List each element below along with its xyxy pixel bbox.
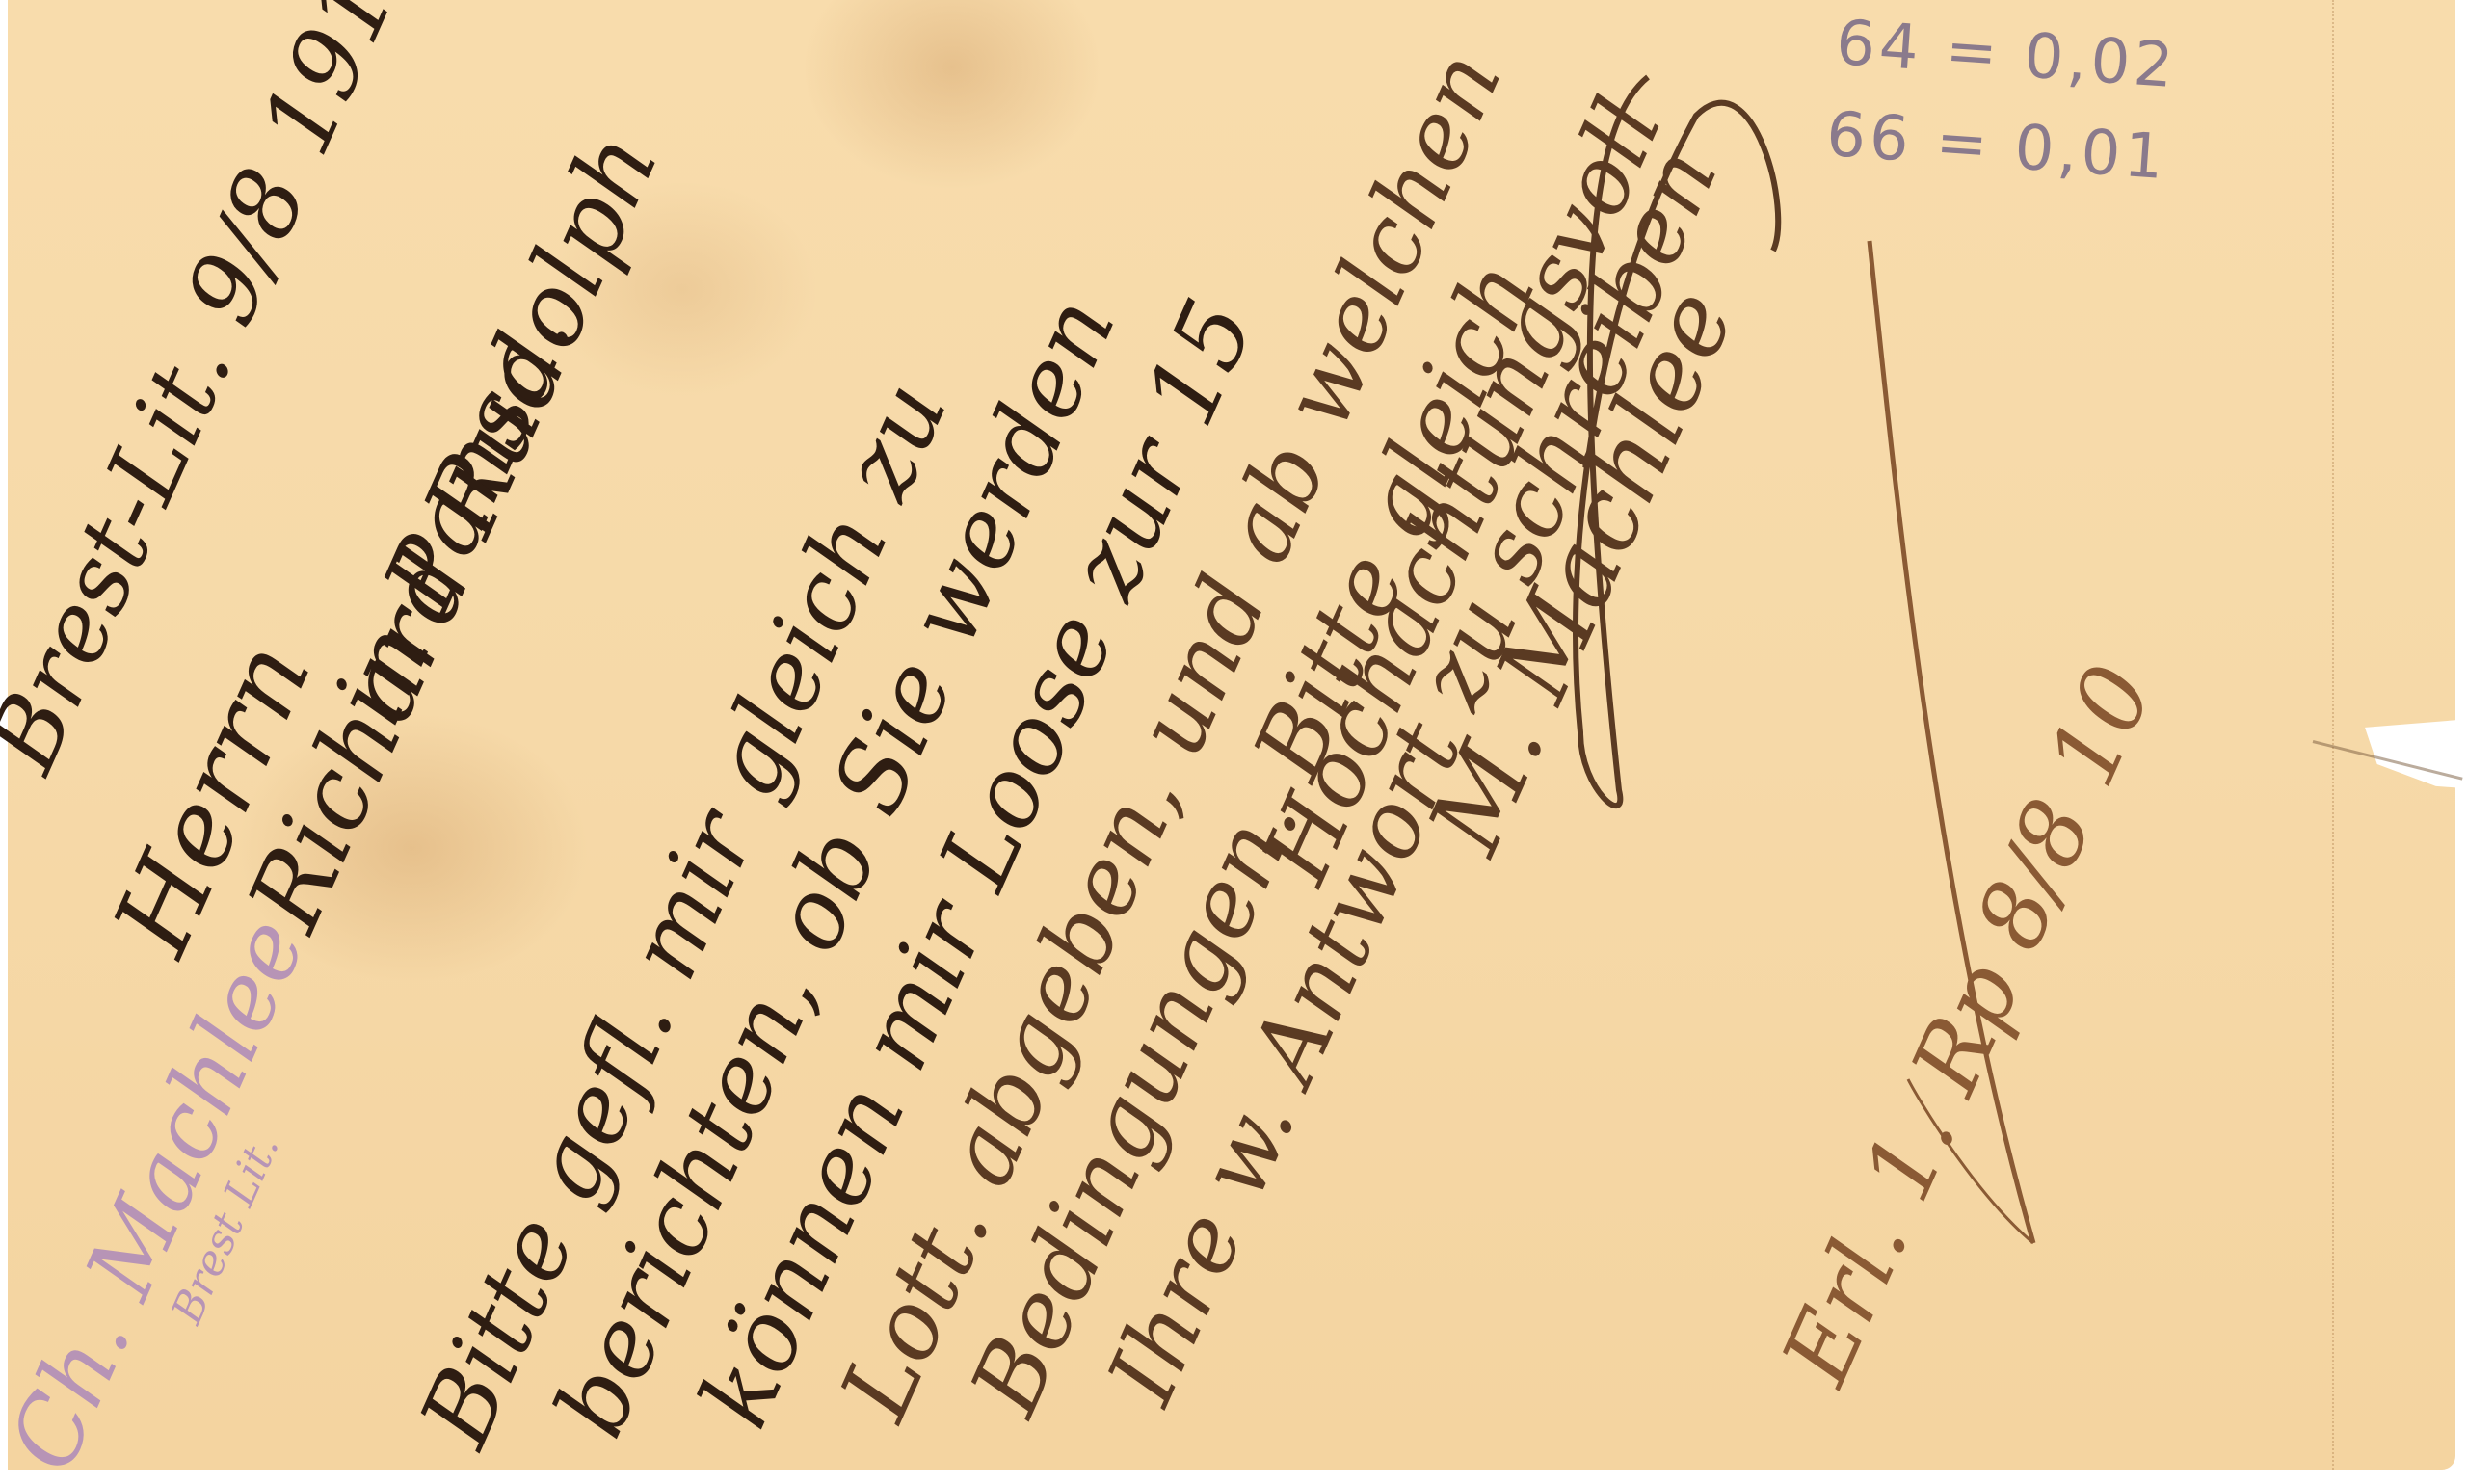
perforation-line <box>2332 0 2334 1470</box>
